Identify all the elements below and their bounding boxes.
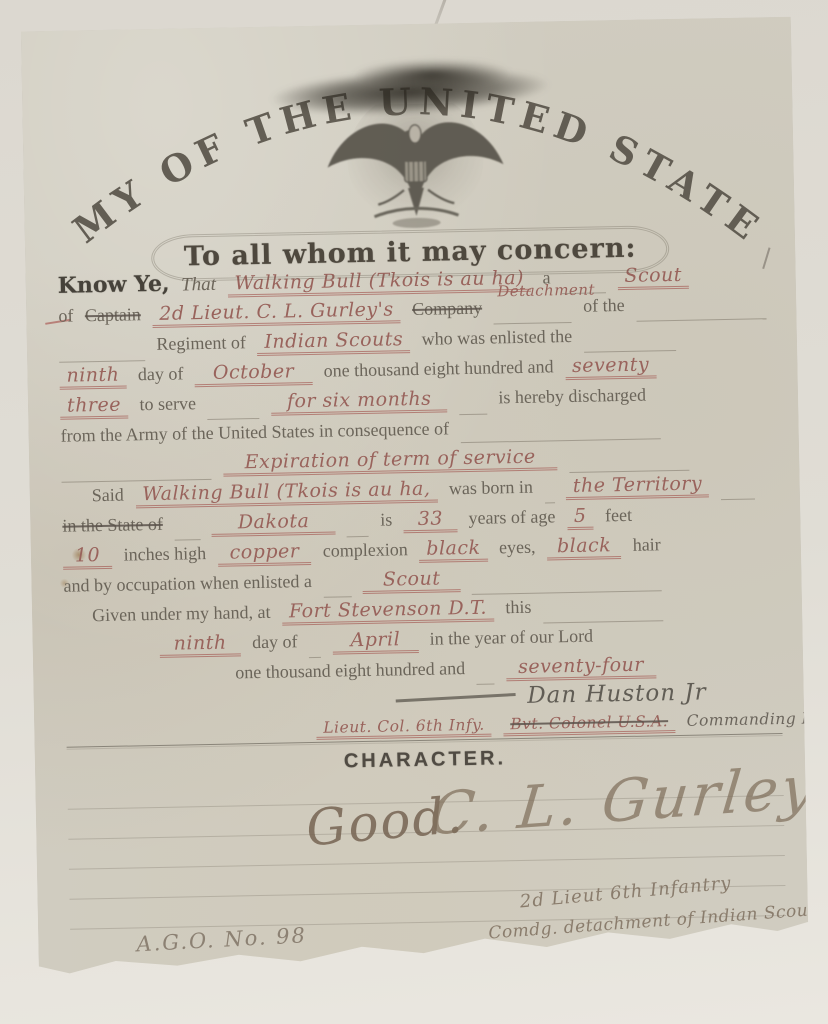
printed-text: Given under my hand, at [92,602,271,625]
printed-text: is [380,509,392,529]
enlist-month: October [195,360,313,387]
complexion-value: copper [217,540,311,567]
eagle-emblem-icon [314,102,517,244]
regiment-name: Indian Scouts [257,328,410,356]
height-inches: 10 [63,544,113,570]
officer-name: 2d Lieut. C. L. Gurley's [152,298,401,328]
printed-text: hair [633,534,661,555]
eyes-value: black [419,537,488,563]
salutation-text: To all whom it may concern: [151,225,670,282]
printed-text: complexion [323,539,408,561]
ago-number: A.G.O. No. 98 [136,923,308,956]
blank-rule [543,598,663,623]
hair-value: black [547,534,622,560]
blank-rule [720,476,754,500]
commander-signature: Dan Huston Jr [527,679,707,708]
enlist-year: seventy [565,353,657,380]
printed-text: day of [138,363,184,384]
blank-rule [544,480,554,503]
printed-text: Regiment of [156,332,246,354]
officer-title: 2d Lieut 6th Infantry [519,873,732,913]
printed-text: eyes, [499,537,536,558]
struck-word: Company [412,298,482,319]
printed-text: feet [605,505,632,526]
height-feet: 5 [567,505,594,531]
certificate-body: Know Ye, That Walking Bull (Tkois is au … [57,257,786,981]
pencil-dash [396,693,516,706]
printed-text: who was enlisted the [421,326,572,349]
struck-word: Captain [85,304,141,325]
enlist-day: ninth [59,364,126,390]
printed-text: from the Army of the United States in co… [60,418,449,445]
printed-text: one thousand eight hundred and [323,356,553,380]
printed-text: one thousand eight hundred and [235,658,465,682]
issue-place: Fort Stevenson D.T. [282,597,494,626]
printed-text: this [505,597,531,617]
printed-text: of [58,306,73,326]
ruled-line [69,855,785,870]
inserted-word: Detachment [497,283,595,300]
state-name: Dakota [212,510,336,537]
blank-rule [459,392,487,416]
struck-title: Bvt. Colonel U.S.A. [503,712,675,736]
printed-text: was born in [449,477,533,499]
service-term: for six months [271,387,448,415]
signature-area: Good. C. L. Gurley. 2d Lieut 6th Infantr… [67,767,787,981]
commander-title: Lieut. Col. 6th Infy. [316,716,492,740]
issue-month: April [332,628,418,655]
blank-rule [636,296,766,321]
printed-text: inches high [123,543,206,565]
printed-text: in the year of our Lord [429,626,593,649]
issue-day: ninth [159,631,240,658]
printed-text: day of [252,631,298,652]
printed-text: to serve [139,393,196,414]
printed-text: is hereby discharged [498,385,646,408]
blank-rule [174,517,200,540]
age-value: 33 [404,507,458,533]
printed-text: and by occupation when enlisted a [63,571,312,596]
commander-title-cont: Commanding Post [686,709,828,730]
struck-text: in the State of [62,514,163,536]
blank-rule [347,514,369,537]
enlist-year-cont: three [60,393,128,419]
printed-text: years of age [468,506,555,528]
issue-year: seventy-four [506,653,656,681]
blank-rule [323,574,351,598]
blank-rule: Detachment [493,300,571,324]
blank-rule [309,635,321,658]
birth-place: the Territory [566,472,710,500]
blank-rule [477,662,495,685]
discharge-certificate: ARMY OF THE UNITED STATES. [21,17,809,990]
printed-text: Said [92,485,124,506]
occupation-value: Scout [363,567,461,594]
